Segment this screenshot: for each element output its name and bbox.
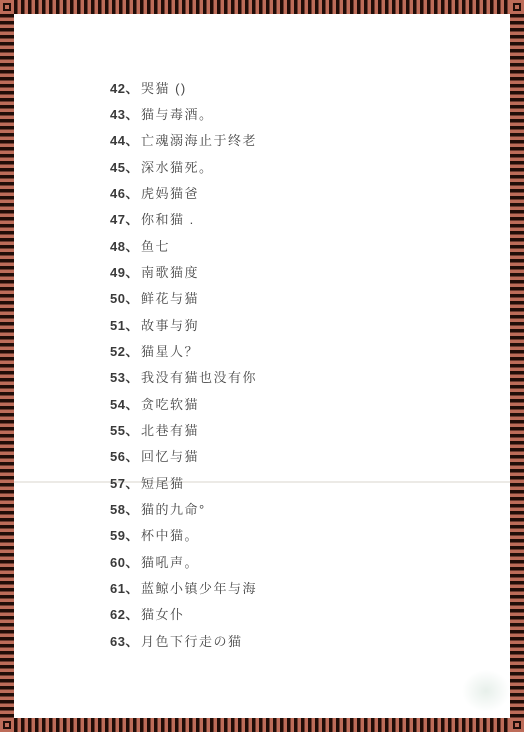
cat-name-list: 42、哭猫 () 43、猫与毒酒。 44、亡魂溺海止于终老 45、深水猫死。 4…: [110, 74, 257, 653]
striped-border-top: [14, 0, 510, 14]
list-item: 44、亡魂溺海止于终老: [110, 127, 257, 153]
striped-border-right: [510, 14, 524, 718]
striped-border-bottom: [14, 718, 510, 732]
item-text: 短尾猫: [141, 473, 185, 492]
item-number: 53、: [110, 367, 139, 386]
list-item: 51、故事与狗: [110, 311, 257, 337]
item-text: 虎妈猫爸: [141, 183, 199, 202]
item-number: 48、: [110, 236, 139, 255]
item-number: 59、: [110, 525, 139, 544]
list-item: 56、回忆与猫: [110, 443, 257, 469]
item-number: 43、: [110, 104, 139, 123]
watermark-blob: [462, 670, 510, 712]
item-text: 南歌猫度: [141, 262, 199, 281]
item-text: 亡魂溺海止于终老: [141, 130, 257, 149]
list-item: 59、杯中猫。: [110, 522, 257, 548]
item-number: 42、: [110, 78, 139, 97]
item-number: 45、: [110, 157, 139, 176]
item-text: 贪吃软猫: [141, 394, 199, 413]
list-item: 42、哭猫 (): [110, 74, 257, 100]
item-number: 44、: [110, 130, 139, 149]
border-corner-top-left: [0, 0, 14, 14]
item-number: 51、: [110, 315, 139, 334]
item-number: 63、: [110, 631, 139, 650]
list-item: 45、深水猫死。: [110, 153, 257, 179]
item-text: 你和猫 .: [141, 209, 195, 228]
item-number: 50、: [110, 288, 139, 307]
corner-ring-icon: [3, 3, 11, 11]
list-item: 57、短尾猫: [110, 469, 257, 495]
item-text: 哭猫 (): [141, 78, 187, 97]
item-number: 57、: [110, 473, 139, 492]
item-number: 61、: [110, 578, 139, 597]
item-text: 北巷有猫: [141, 420, 199, 439]
list-item: 62、猫女仆: [110, 601, 257, 627]
item-number: 46、: [110, 183, 139, 202]
corner-ring-icon: [513, 3, 521, 11]
list-item: 55、北巷有猫: [110, 416, 257, 442]
corner-ring-icon: [513, 721, 521, 729]
item-text: 深水猫死。: [141, 157, 214, 176]
item-text: 猫星人？: [141, 341, 199, 360]
list-item: 61、蓝鲸小镇少年与海: [110, 574, 257, 600]
item-text: 猫与毒酒。: [141, 104, 214, 123]
item-text: 猫吼声。: [141, 552, 199, 571]
list-item: 53、我没有猫也没有你: [110, 364, 257, 390]
border-corner-bottom-left: [0, 718, 14, 732]
section-divider-line: [14, 481, 510, 483]
list-item: 54、贪吃软猫: [110, 390, 257, 416]
border-corner-top-right: [510, 0, 524, 14]
item-number: 62、: [110, 604, 139, 623]
border-corner-bottom-right: [510, 718, 524, 732]
item-number: 55、: [110, 420, 139, 439]
list-item: 63、月色下行走の猫: [110, 627, 257, 653]
item-text: 蓝鲸小镇少年与海: [141, 578, 257, 597]
list-item: 48、鱼七: [110, 232, 257, 258]
item-number: 47、: [110, 209, 139, 228]
page-content: 42、哭猫 () 43、猫与毒酒。 44、亡魂溺海止于终老 45、深水猫死。 4…: [14, 14, 510, 718]
page: 42、哭猫 () 43、猫与毒酒。 44、亡魂溺海止于终老 45、深水猫死。 4…: [0, 0, 524, 732]
item-number: 54、: [110, 394, 139, 413]
list-item: 47、你和猫 .: [110, 206, 257, 232]
list-item: 49、南歌猫度: [110, 258, 257, 284]
item-text: 故事与狗: [141, 315, 199, 334]
item-number: 49、: [110, 262, 139, 281]
item-number: 58、: [110, 499, 139, 518]
item-number: 52、: [110, 341, 139, 360]
item-number: 60、: [110, 552, 139, 571]
list-item: 60、猫吼声。: [110, 548, 257, 574]
item-text: 鲜花与猫: [141, 288, 199, 307]
list-item: 46、虎妈猫爸: [110, 179, 257, 205]
item-text: 回忆与猫: [141, 446, 199, 465]
item-text: 猫的九命°: [141, 499, 206, 518]
item-text: 猫女仆: [141, 604, 185, 623]
item-text: 鱼七: [141, 236, 170, 255]
striped-border-left: [0, 14, 14, 718]
list-item: 52、猫星人？: [110, 337, 257, 363]
list-item: 58、猫的九命°: [110, 495, 257, 521]
item-number: 56、: [110, 446, 139, 465]
list-item: 50、鲜花与猫: [110, 285, 257, 311]
item-text: 我没有猫也没有你: [141, 367, 257, 386]
corner-ring-icon: [3, 721, 11, 729]
list-item: 43、猫与毒酒。: [110, 100, 257, 126]
item-text: 月色下行走の猫: [141, 631, 243, 650]
item-text: 杯中猫。: [141, 525, 199, 544]
